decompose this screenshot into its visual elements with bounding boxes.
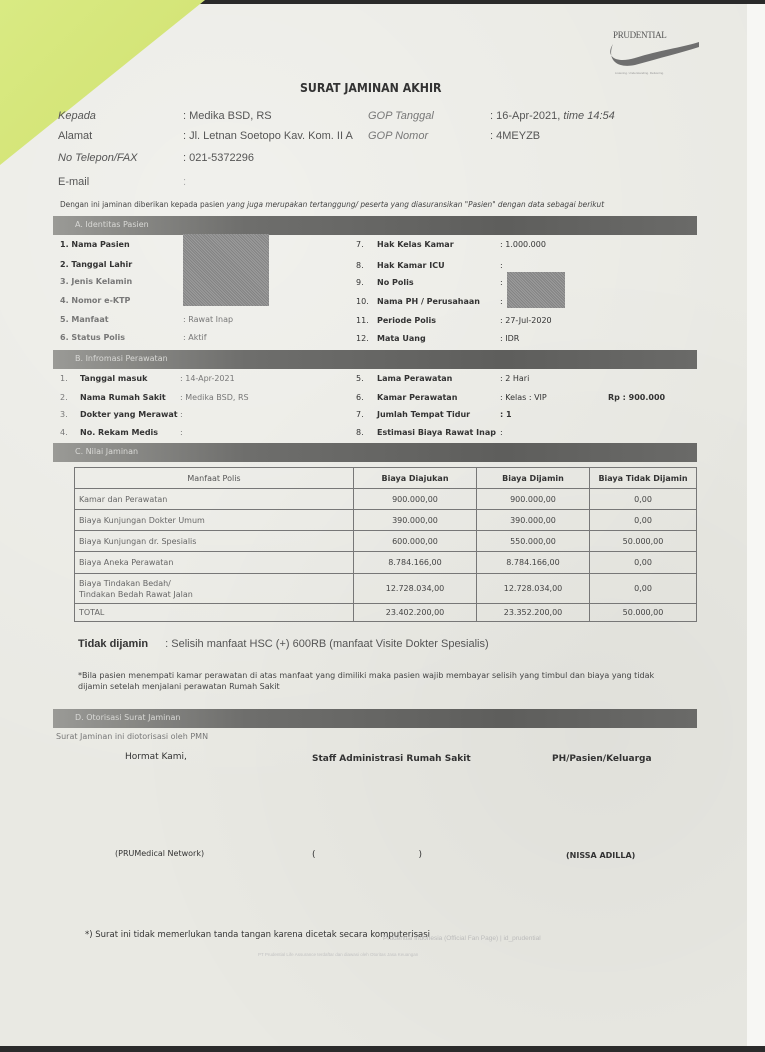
perawatan-label-2: Nama Rumah Sakit [80, 393, 166, 402]
signer-1-name: (PRUMedical Network) [115, 849, 204, 858]
intro-plain: Dengan ini jaminan diberikan kepada pasi… [60, 200, 227, 209]
signer-2-name: ( ) [312, 850, 422, 860]
col-manfaat-polis: Manfaat Polis [75, 468, 354, 489]
header-value-kepada: : Medika BSD, RS [183, 110, 272, 122]
signer-3-title: PH/Pasien/Keluarga [552, 754, 652, 764]
tidak-dijamin-line: Tidak dijamin : Selisih manfaat HSC (+) … [78, 638, 489, 650]
cell-biaya-tidak-dijamin: 50.000,00 [590, 531, 697, 552]
cell-manfaat: Biaya Aneka Perawatan [75, 552, 354, 574]
intro-text: Dengan ini jaminan diberikan kepada pasi… [60, 200, 604, 209]
section-b-title: B. Infromasi Perawatan [75, 354, 168, 363]
perawatan-label-1: Tanggal masuk [80, 374, 147, 383]
signer-3-name: (NISSA ADILLA) [566, 851, 635, 860]
perawatan-label-4: No. Rekam Medis [80, 428, 158, 437]
perawatan-value-4: : [180, 428, 183, 437]
perawatan-no-3: 3. [60, 410, 68, 419]
tidak-dijamin-value: : Selisih manfaat HSC (+) 600RB (manfaat… [165, 638, 489, 650]
identitas-value-6: : Aktif [183, 333, 207, 342]
header-value-alamat: : Jl. Letnan Soetopo Kav. Kom. II A [183, 130, 353, 142]
perawatan-no-6: 6. [356, 393, 364, 402]
header-value-telepon: : 021-5372296 [183, 152, 254, 164]
section-a-header: A. Identitas Pasien [53, 216, 697, 235]
cell-manfaat: Biaya Tindakan Bedah/ Tindakan Bedah Raw… [75, 574, 354, 604]
logo-tagline: Listening. Understanding. Delivering. [615, 71, 664, 75]
table-row: TOTAL23.402.200,0023.352.200,0050.000,00 [75, 604, 697, 622]
perawatan-no-7: 7. [356, 410, 364, 419]
cell-biaya-tidak-dijamin: 0,00 [590, 489, 697, 510]
identitas-no-12: 12. [356, 334, 369, 343]
footer-note: *) Surat ini tidak memerlukan tanda tang… [85, 930, 430, 940]
prudential-logo: PRUDENTIAL Listening. Understanding. Del… [605, 30, 705, 80]
otorisasi-text: Surat Jaminan ini diotorisasi oleh PMN [56, 732, 208, 741]
header-label-telepon: No Telepon/FAX [58, 152, 138, 164]
perawatan-value-7: : 1 [500, 410, 512, 419]
perawatan-no-8: 8. [356, 428, 364, 437]
cell-biaya-dijamin: 900.000,00 [477, 489, 590, 510]
identitas-label-4: 4. Nomor e-KTP [60, 296, 130, 305]
identitas-value-7: : 1.000.000 [500, 240, 546, 249]
table-header-row: Manfaat Polis Biaya Diajukan Biaya Dijam… [75, 468, 697, 489]
col-biaya-tidak-dijamin: Biaya Tidak Dijamin [590, 468, 697, 489]
identitas-label-9: No Polis [377, 278, 414, 287]
perawatan-value-1: : 14-Apr-2021 [180, 374, 235, 383]
gop-date: : 16-Apr-2021, [490, 110, 560, 122]
identitas-no-11: 11. [356, 316, 369, 325]
cell-biaya-dijamin: 23.352.200,00 [477, 604, 590, 622]
perawatan-value-8: : [500, 428, 503, 437]
identitas-label-6: 6. Status Polis [60, 333, 125, 342]
perawatan-label-8: Estimasi Biaya Rawat Inap [377, 428, 496, 437]
section-d-header: D. Otorisasi Surat Jaminan [53, 709, 697, 728]
header-label-gop-tanggal: GOP Tanggal [368, 110, 434, 122]
header-label-alamat: Alamat [58, 130, 92, 142]
identitas-value-8: : [500, 261, 503, 270]
cell-biaya-dijamin: 550.000,00 [477, 531, 590, 552]
identitas-label-2: 2. Tanggal Lahir [60, 260, 132, 269]
identitas-label-1: 1. Nama Pasien [60, 240, 130, 249]
identitas-no-10: 10. [356, 297, 369, 306]
cell-biaya-tidak-dijamin: 0,00 [590, 510, 697, 531]
redacted-patient-info [183, 234, 269, 306]
perawatan-extra-6: Rp : 900.000 [608, 393, 665, 402]
perawatan-no-4: 4. [60, 428, 68, 437]
intro-italic: yang juga merupakan tertanggung/ peserta… [227, 200, 605, 209]
table-row: Biaya Aneka Perawatan8.784.166,008.784.1… [75, 552, 697, 574]
header-value-email: : [183, 176, 186, 188]
cell-manfaat: Biaya Kunjungan dr. Spesialis [75, 531, 354, 552]
col-biaya-dijamin: Biaya Dijamin [477, 468, 590, 489]
identitas-value-9: : [500, 278, 503, 287]
identitas-label-5: 5. Manfaat [60, 315, 109, 324]
identitas-value-11: : 27-Jul-2020 [500, 316, 552, 325]
identitas-no-7: 7. [356, 240, 364, 249]
section-d-title: D. Otorisasi Surat Jaminan [75, 713, 180, 722]
cell-biaya-diajukan: 900.000,00 [354, 489, 477, 510]
cell-manfaat: TOTAL [75, 604, 354, 622]
gop-time: time 14:54 [563, 110, 614, 122]
perawatan-label-6: Kamar Perawatan [377, 393, 457, 402]
cell-biaya-diajukan: 12.728.034,00 [354, 574, 477, 604]
perawatan-value-5: : 2 Hari [500, 374, 529, 383]
identitas-no-9: 9. [356, 278, 364, 287]
cell-manfaat: Biaya Kunjungan Dokter Umum [75, 510, 354, 531]
perawatan-no-5: 5. [356, 374, 364, 383]
header-label-kepada: Kepada [58, 110, 96, 122]
cell-biaya-diajukan: 8.784.166,00 [354, 552, 477, 574]
header-value-gop-tanggal: : 16-Apr-2021, time 14:54 [490, 110, 615, 122]
identitas-no-8: 8. [356, 261, 364, 270]
table-row: Kamar dan Perawatan900.000,00900.000,000… [75, 489, 697, 510]
perawatan-value-6: : Kelas : VIP [500, 393, 547, 402]
nilai-jaminan-table: Manfaat Polis Biaya Diajukan Biaya Dijam… [74, 467, 697, 622]
scanner-border [0, 1046, 765, 1052]
section-c-header: C. Nilai Jaminan [53, 443, 697, 462]
identitas-value-5: : Rawat Inap [183, 315, 233, 324]
disclaimer-note: *Bila pasien menempati kamar perawatan d… [78, 670, 678, 692]
footer-small-print: PT Prudential Life Assurance terdaftar d… [258, 952, 418, 957]
cell-biaya-dijamin: 390.000,00 [477, 510, 590, 531]
table-row: Biaya Kunjungan Dokter Umum390.000,00390… [75, 510, 697, 531]
identitas-label-10: Nama PH / Perusahaan [377, 297, 480, 306]
document-title: SURAT JAMINAN AKHIR [300, 80, 442, 95]
cell-biaya-tidak-dijamin: 50.000,00 [590, 604, 697, 622]
perawatan-no-2: 2. [60, 393, 68, 402]
cell-biaya-tidak-dijamin: 0,00 [590, 574, 697, 604]
identitas-label-11: Periode Polis [377, 316, 436, 325]
section-a-title: A. Identitas Pasien [75, 220, 149, 229]
cell-manfaat: Kamar dan Perawatan [75, 489, 354, 510]
section-c-title: C. Nilai Jaminan [75, 447, 138, 456]
section-b-header: B. Infromasi Perawatan [53, 350, 697, 369]
table-row: Biaya Tindakan Bedah/ Tindakan Bedah Raw… [75, 574, 697, 604]
col-biaya-diajukan: Biaya Diajukan [354, 468, 477, 489]
identitas-label-3: 3. Jenis Kelamin [60, 277, 132, 286]
identitas-value-10: : [500, 297, 503, 306]
cell-biaya-dijamin: 12.728.034,00 [477, 574, 590, 604]
identitas-value-12: : IDR [500, 334, 519, 343]
perawatan-label-5: Lama Perawatan [377, 374, 452, 383]
perawatan-label-7: Jumlah Tempat Tidur [377, 410, 470, 419]
perawatan-no-1: 1. [60, 374, 68, 383]
identitas-label-12: Mata Uang [377, 334, 426, 343]
identitas-label-7: Hak Kelas Kamar [377, 240, 454, 249]
header-label-email: E-mail [58, 176, 89, 188]
header-value-gop-nomor: : 4MEYZB [490, 130, 540, 142]
table-row: Biaya Kunjungan dr. Spesialis600.000,005… [75, 531, 697, 552]
redacted-policy-info [507, 272, 565, 308]
perawatan-label-3: Dokter yang Merawat [80, 410, 178, 419]
perawatan-value-3: : [180, 410, 183, 419]
page-edge [747, 4, 765, 1046]
header-label-gop-nomor: GOP Nomor [368, 130, 428, 142]
tidak-dijamin-label: Tidak dijamin [78, 638, 148, 650]
perawatan-value-2: : Medika BSD, RS [180, 393, 249, 402]
cell-biaya-tidak-dijamin: 0,00 [590, 552, 697, 574]
signer-1-title: Hormat Kami, [125, 752, 187, 762]
cell-biaya-dijamin: 8.784.166,00 [477, 552, 590, 574]
footer-social: Prudential Indonesia (Official Fan Page)… [383, 935, 541, 942]
cell-biaya-diajukan: 23.402.200,00 [354, 604, 477, 622]
identitas-label-8: Hak Kamar ICU [377, 261, 445, 270]
cell-biaya-diajukan: 600.000,00 [354, 531, 477, 552]
signer-2-title: Staff Administrasi Rumah Sakit [312, 754, 471, 764]
cell-biaya-diajukan: 390.000,00 [354, 510, 477, 531]
